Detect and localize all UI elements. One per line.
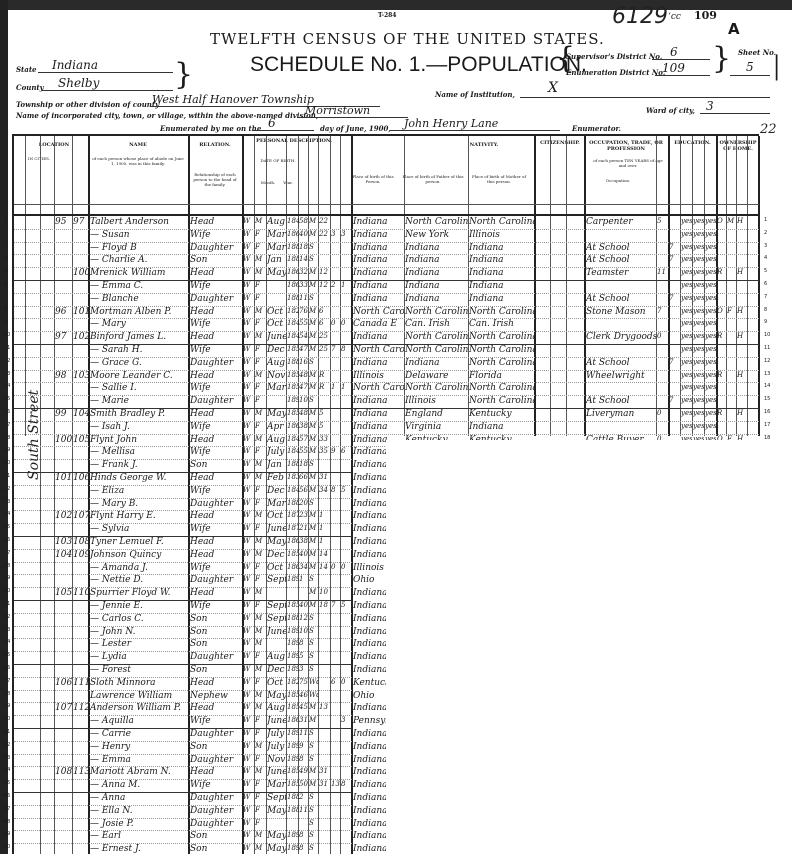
cell-year: 1852 (287, 383, 299, 391)
cell-year: 1860 (287, 230, 299, 238)
cell-color: W (243, 486, 254, 494)
cell-relation: Head (190, 537, 242, 547)
row-number: 26 (4, 537, 10, 543)
form-id: T-284 (378, 12, 397, 19)
cell-name: — Lester (90, 639, 188, 649)
cell-sex: M (255, 217, 266, 225)
row-number-right: 17 (764, 422, 770, 428)
row-number-right: 15 (764, 396, 770, 402)
cell-month: June (267, 716, 286, 726)
cell-name: Flynt John (90, 435, 188, 445)
cell-birth: Indiana (353, 243, 404, 253)
cell-sex: F (255, 486, 266, 494)
enumerated-day-line (252, 130, 314, 131)
cell-father: North Carolina (405, 307, 468, 317)
cell-dwelling: 101 (55, 473, 72, 483)
cell-relation: Son (190, 831, 242, 841)
cell-family: 97 (73, 217, 88, 227)
cell-year: 1843 (287, 332, 299, 340)
cell-month: May (267, 537, 286, 547)
cell-color: W (243, 396, 254, 404)
cell-color: W (243, 780, 254, 788)
enumeration-district-line (655, 75, 710, 76)
cell-dwelling: 104 (55, 550, 72, 560)
cell-color: W (243, 665, 254, 673)
cell-month: June (267, 524, 286, 534)
cell-sex: F (255, 793, 266, 801)
cell-read: yes (681, 345, 692, 353)
cell-marital: S (309, 358, 319, 366)
cell-read: yes (681, 307, 692, 315)
cell-living: 3 (341, 716, 351, 724)
cell-age: 38 (299, 422, 309, 430)
cell-relation: Son (190, 742, 242, 752)
cell-age: 3 (299, 665, 309, 673)
cell-month: Oct (267, 307, 286, 317)
cell-relation: Head (190, 409, 242, 419)
cell-color: W (243, 563, 254, 571)
cell-school: 7 (669, 294, 680, 302)
cell-write: yes (693, 307, 704, 315)
cell-sex: M (255, 614, 266, 622)
cell-color: W (243, 793, 254, 801)
cell-relation: Wife (190, 716, 242, 726)
cell-month: Mar (267, 230, 286, 240)
cell-relation: Head (190, 473, 242, 483)
cell-family: 100 (73, 268, 88, 278)
cell-mother: Can. Irish (469, 319, 534, 329)
cell-month: Feb (267, 473, 286, 483)
cell-age: 54 (299, 332, 309, 340)
cell-month: Dec (267, 345, 286, 355)
cell-marital: M (309, 345, 319, 353)
cell-age: 18 (299, 243, 309, 251)
cell-father: Indiana (405, 255, 468, 265)
cell-age: 47 (299, 345, 309, 353)
cell-sex: F (255, 524, 266, 532)
cell-relation: Daughter (190, 819, 242, 829)
cell-relation: Son (190, 665, 242, 675)
cell-name: Flynt Harry E. (90, 511, 188, 521)
header-citizenship: CITIZENSHIP. (536, 140, 584, 146)
cell-color: W (243, 639, 254, 647)
cell-english: yes (705, 255, 716, 263)
cell-years-married: 14 (319, 563, 330, 571)
enumerated-label: Enumerated by me on the (160, 124, 261, 133)
cell-color: W (243, 806, 254, 814)
header-occupation: OCCUPATION, TRADE, OR PROFESSION (586, 140, 666, 152)
header-occupation-col: Occupation. (590, 178, 646, 183)
cell-mothers: 6 (331, 678, 340, 686)
cell-month: Oct (267, 319, 286, 329)
row-number: 36 (4, 665, 10, 671)
cell-color: W (243, 550, 254, 558)
row-number-right: 12 (764, 358, 770, 364)
cell-age: 46 (299, 691, 309, 699)
cell-father: Indiana (405, 294, 468, 304)
cell-color: W (243, 499, 254, 507)
cell-name: — Carlos C. (90, 614, 188, 624)
cell-relation: Daughter (190, 729, 242, 739)
cell-sex: M (255, 550, 266, 558)
cell-relation: Wife (190, 345, 242, 355)
cell-age: 40 (299, 550, 309, 558)
cell-relation: Daughter (190, 575, 242, 585)
cell-color: W (243, 716, 254, 724)
cell-read: yes (681, 371, 692, 379)
row-number: 7 (4, 294, 7, 300)
cell-dwelling: 108 (55, 767, 72, 777)
cell-marital: S (309, 831, 319, 839)
cell-english: yes (705, 307, 716, 315)
cell-english: yes (705, 230, 716, 238)
cell-unemployed: 5 (657, 217, 668, 225)
cell-birth: Indiana (353, 358, 404, 368)
cell-marital: M (309, 511, 319, 519)
cell-name: Talbert Anderson (90, 217, 188, 227)
cell-marital: M (309, 422, 319, 430)
cell-age: 56 (299, 486, 309, 494)
cell-name: — Josie P. (90, 819, 188, 829)
cell-sex: F (255, 601, 266, 609)
cell-mothers: 3 (331, 230, 340, 238)
cell-unemployed: 0 (657, 332, 668, 340)
cell-month: Nov (267, 755, 286, 765)
county-label: County (16, 83, 44, 92)
cell-living: 1 (341, 281, 351, 289)
cell-age: 16 (299, 358, 309, 366)
cell-living: 5 (341, 601, 351, 609)
cell-name: Lawrence William (90, 691, 188, 701)
cell-family: 106 (73, 473, 88, 483)
cell-age: 18 (299, 460, 309, 468)
row-number: 50 (4, 844, 10, 850)
cell-name: — Jennie E. (90, 601, 188, 611)
cell-sex: M (255, 460, 266, 468)
cell-birth: Indiana (353, 255, 404, 265)
cell-mothers: 8 (331, 486, 340, 494)
cell-month: May (267, 268, 286, 278)
cell-dwelling: 102 (55, 511, 72, 521)
cell-sex: M (255, 767, 266, 775)
cell-marital: M (309, 716, 319, 724)
cell-sex: M (255, 255, 266, 263)
cell-mother: North Carolina (469, 358, 534, 368)
cell-english: yes (705, 268, 716, 276)
cell-sex: F (255, 819, 266, 827)
row-number-right: 7 (764, 294, 767, 300)
row-number: 5 (4, 268, 7, 274)
cell-years-married: 22 (319, 230, 330, 238)
cell-english: yes (705, 371, 716, 379)
cell-marital: M (309, 703, 319, 711)
cell-write: yes (693, 230, 704, 238)
cell-name: — Nettie D. (90, 575, 188, 585)
cell-mother: North Carolina (469, 396, 534, 406)
cell-sex: M (255, 691, 266, 699)
row-number: 41 (4, 729, 10, 735)
cell-marital: M (309, 588, 319, 596)
cell-english: yes (705, 396, 716, 404)
cell-name: — Henry (90, 742, 188, 752)
cell-year: 1845 (287, 447, 299, 455)
row-number: 35 (4, 652, 10, 658)
row-number: 18 (4, 435, 10, 441)
cell-write: yes (693, 255, 704, 263)
cell-living: 5 (341, 486, 351, 494)
cell-occupation: Liveryman (586, 409, 656, 419)
cell-age: 11 (299, 294, 309, 302)
cell-age: 5 (299, 652, 309, 660)
enumerator-label: Enumerator. (572, 124, 621, 133)
township-label: Township or other division of county (16, 100, 159, 109)
cell-sex: M (255, 268, 266, 276)
cell-marital: S (309, 742, 319, 750)
cell-year: 1842 (287, 435, 299, 443)
cell-marital: S (309, 755, 319, 763)
cell-family: 111 (73, 678, 88, 688)
state-label: State (16, 65, 37, 74)
cell-name: — Lydia (90, 652, 188, 662)
cell-family: 103 (73, 371, 88, 381)
sheet-value: 5 (746, 60, 754, 74)
cell-relation: Wife (190, 780, 242, 790)
cell-name: — Ella N. (90, 806, 188, 816)
cell-years-married: 5 (319, 409, 330, 417)
county-value: Shelby (58, 76, 99, 90)
cell-marital: M (309, 319, 319, 327)
cell-year: 1891 (287, 639, 299, 647)
cell-marital: Wd (309, 678, 319, 686)
cell-year: 1896 (287, 665, 299, 673)
cell-sex: F (255, 755, 266, 763)
cell-relation: Daughter (190, 806, 242, 816)
cell-years-married: 14 (319, 550, 330, 558)
cell-name: — Sarah H. (90, 345, 188, 355)
header-occupation-desc: of each person TEN YEARS of age and over… (590, 158, 666, 168)
cell-age: 34 (299, 563, 309, 571)
row-number-right: 6 (764, 281, 767, 287)
row-number: 24 (4, 511, 10, 517)
cell-name: Binford James L. (90, 332, 188, 342)
cell-year: 1859 (287, 601, 299, 609)
cell-name: Sloth Minnora (90, 678, 188, 688)
cell-sex: M (255, 639, 266, 647)
cell-father: England (405, 409, 468, 419)
row-number: 12 (4, 358, 10, 364)
cell-marital: M (309, 447, 319, 455)
header-birth-person: Place of birth of this Person. (348, 174, 398, 184)
cell-month: Mar (267, 243, 286, 253)
cell-age: 48 (299, 409, 309, 417)
header-name: NAME (88, 142, 188, 148)
cell-mother: North Carolina (469, 332, 534, 342)
cell-dwelling: 97 (55, 332, 72, 342)
cell-month: Aug (267, 703, 286, 713)
row-number: 13 (4, 371, 10, 377)
cell-mothers: 0 (331, 319, 340, 327)
cell-sex: F (255, 652, 266, 660)
cell-month: Aug (267, 217, 286, 227)
cell-year: 1892 (287, 844, 299, 852)
cell-father: Illinois (405, 396, 468, 406)
cell-name: — Charlie A. (90, 255, 188, 265)
row-number-right: 1 (764, 217, 767, 223)
cell-living: 8 (341, 345, 351, 353)
cell-month: Mar (267, 383, 286, 393)
state-value: Indiana (52, 58, 98, 72)
cell-sex: F (255, 447, 266, 455)
cell-write: yes (693, 371, 704, 379)
cell-marital: M (309, 524, 319, 532)
cell-read: yes (681, 396, 692, 404)
cell-school: 7 (669, 396, 680, 404)
cell-english: yes (705, 345, 716, 353)
header-birth-father: Place of birth of Father of this person. (402, 174, 464, 184)
cell-year: 1894 (287, 652, 299, 660)
cell-color: W (243, 371, 254, 379)
header-divider (14, 204, 759, 205)
cell-color: W (243, 460, 254, 468)
row-number-right: 4 (764, 255, 767, 261)
cell-years-married: 25 (319, 332, 330, 340)
cell-mothers: 0 (331, 563, 340, 571)
cell-color: W (243, 703, 254, 711)
cell-year: 1889 (287, 806, 299, 814)
cell-sex: F (255, 230, 266, 238)
cell-year: 1865 (287, 563, 299, 571)
cell-mother: North Carolina (469, 307, 534, 317)
cell-name: — Aquilla (90, 716, 188, 726)
cell-occupation: At School (586, 294, 656, 304)
cell-sex: F (255, 575, 266, 583)
cell-color: W (243, 447, 254, 455)
cell-name: Spurrier Floyd W. (90, 588, 188, 598)
cell-marital: S (309, 460, 319, 468)
cell-marital: S (309, 396, 319, 404)
cell-sex: F (255, 729, 266, 737)
cell-sex: F (255, 499, 266, 507)
header-birth-mother: Place of birth of Mother of this person. (468, 174, 530, 184)
cell-name: — Frank J. (90, 460, 188, 470)
cell-relation: Nephew (190, 691, 242, 701)
cell-year: 1880 (287, 499, 299, 507)
cell-age: 50 (299, 780, 309, 788)
cell-relation: Daughter (190, 793, 242, 803)
cell-marital: M (309, 767, 319, 775)
cell-color: W (243, 243, 254, 251)
cell-relation: Head (190, 371, 242, 381)
row-number: 8 (4, 307, 7, 313)
cell-month: Dec (267, 550, 286, 560)
cell-relation: Son (190, 255, 242, 265)
cell-relation: Wife (190, 563, 242, 573)
cell-year: 1862 (287, 537, 299, 545)
cell-sex: F (255, 358, 266, 366)
cell-english: yes (705, 409, 716, 417)
cell-birth: Canada E (353, 319, 404, 329)
cell-family: 107 (73, 511, 88, 521)
cell-name: — Carrie (90, 729, 188, 739)
cell-name: — Forest (90, 665, 188, 675)
cell-living: 0 (341, 319, 351, 327)
row-number: 47 (4, 806, 10, 812)
cell-write: yes (693, 268, 704, 276)
cell-dwelling: 96 (55, 307, 72, 317)
row-number: 34 (4, 639, 10, 645)
cell-living: 8 (341, 780, 351, 788)
cell-marital: S (309, 575, 319, 583)
cell-own: O (717, 307, 726, 315)
cell-sex: M (255, 742, 266, 750)
cell-sex: F (255, 563, 266, 571)
cell-month: Aug (267, 652, 286, 662)
cell-sex: M (255, 435, 266, 443)
cell-sex: F (255, 678, 266, 686)
cell-sex: M (255, 307, 266, 315)
cell-age: 8 (299, 844, 309, 852)
cell-birth: Indiana (353, 268, 404, 278)
cell-month: May (267, 831, 286, 841)
cell-year: 1861 (287, 716, 299, 724)
cell-marital: M (309, 486, 319, 494)
enumeration-district-label: Enumeration District No. (566, 68, 665, 77)
page-number: 109 (694, 9, 717, 22)
cell-age: 57 (299, 435, 309, 443)
archive-stamp-suffix: ‘cc (668, 12, 681, 22)
cell-father: Indiana (405, 268, 468, 278)
cell-name: — Blanche (90, 294, 188, 304)
cell-mother: North Carolina (469, 383, 534, 393)
cell-years-married: 34 (319, 486, 330, 494)
cell-color: W (243, 537, 254, 545)
cell-farm: H (737, 409, 747, 417)
cell-year: 1886 (287, 255, 299, 263)
cell-school: 7 (669, 358, 680, 366)
cell-relation: Head (190, 332, 242, 342)
row-number: 17 (4, 422, 10, 428)
cell-marital: M (309, 268, 319, 276)
row-number: 28 (4, 563, 10, 569)
cell-relation: Head (190, 588, 242, 598)
cell-occupation: Teamster (586, 268, 656, 278)
cell-name: — Ernest J. (90, 844, 188, 854)
cell-write: yes (693, 345, 704, 353)
cell-years-married: 31 (319, 473, 330, 481)
header-name-desc: of each person whose place of abode on J… (92, 156, 184, 166)
cell-relation: Head (190, 550, 242, 560)
cell-year: 1841 (287, 217, 299, 225)
cell-name: Hinds George W. (90, 473, 188, 483)
cell-sex: F (255, 422, 266, 430)
cell-month: Mar (267, 780, 286, 790)
cell-marital: S (309, 652, 319, 660)
cell-year: 1834 (287, 473, 299, 481)
sheet-label: Sheet No. (738, 48, 776, 57)
row-number-right: 5 (764, 268, 767, 274)
cell-year: 1888 (287, 294, 299, 302)
row-number: 29 (4, 575, 10, 581)
row-number: 16 (4, 409, 10, 415)
cell-year: 1878 (287, 524, 299, 532)
cell-years-married: 35 (319, 447, 330, 455)
cell-year: 1862 (287, 422, 299, 430)
cell-month: Aug (267, 435, 286, 445)
cell-color: W (243, 281, 254, 289)
cell-own: R (717, 409, 726, 417)
cell-marital: S (309, 793, 319, 801)
cell-relation: Head (190, 703, 242, 713)
